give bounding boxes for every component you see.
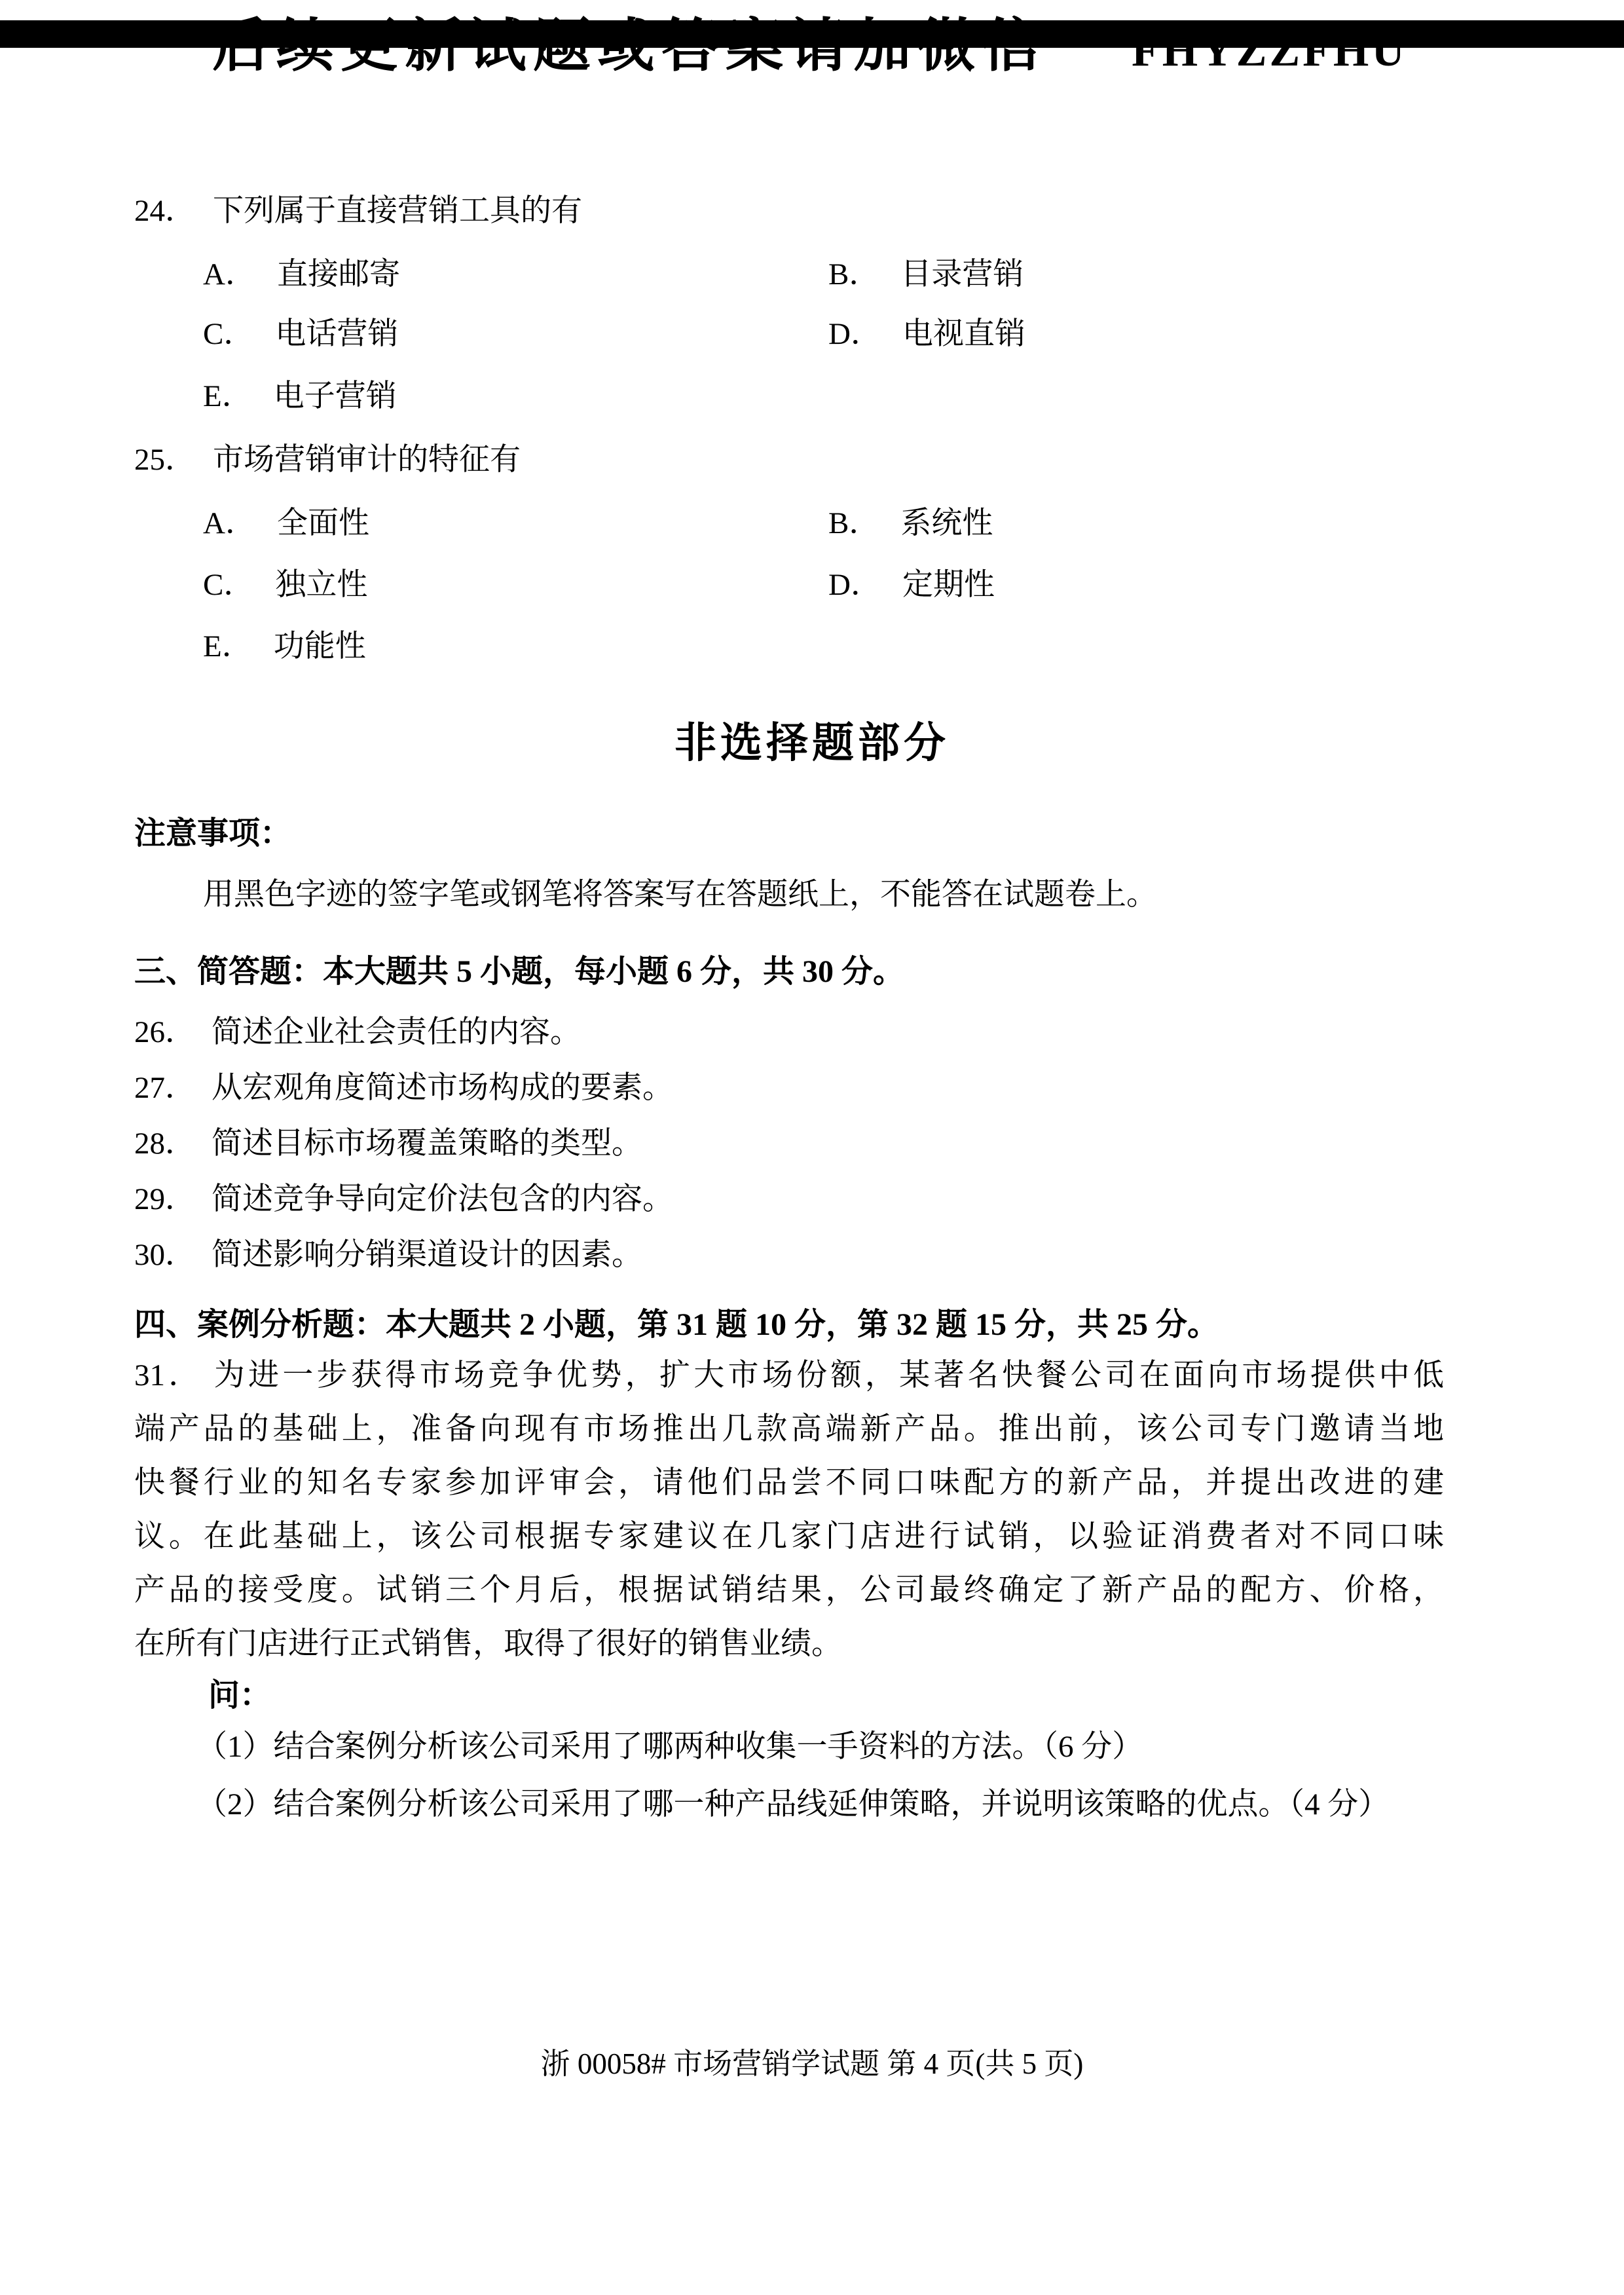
question-24-option-c: C． 电话营销	[203, 316, 398, 352]
question-24-number: 24．	[134, 193, 196, 229]
question-25-option-d: D． 定期性	[828, 567, 995, 603]
option-text: 独立性	[275, 567, 367, 603]
option-text: 电视直销	[902, 316, 1025, 352]
case-paragraph-line-5: 产品的接受度。试销三个月后，根据试销结果，公司最终确定了新产品的配方、价格，	[134, 1573, 1444, 1608]
case-sub-question-2: （2）结合案例分析该公司采用了哪一种产品线延伸策略，并说明该策略的优点。（4 分…	[196, 1787, 1389, 1822]
option-label: C．	[203, 567, 254, 603]
option-text: 系统性	[900, 506, 993, 541]
option-label: D．	[828, 567, 881, 603]
question-25-option-c: C． 独立性	[203, 567, 367, 603]
redaction-bar	[0, 20, 1624, 48]
case-analysis-heading: 四、案例分析题：本大题共 2 小题，第 31 题 10 分，第 32 题 15 …	[134, 1307, 1219, 1343]
item-text: 简述竞争导向定价法包含的内容。	[212, 1182, 673, 1217]
question-25-text: 市场营销审计的特征有	[213, 442, 521, 477]
item-text: 简述目标市场覆盖策略的类型。	[212, 1126, 642, 1161]
question-24-option-a: A． 直接邮寄	[203, 257, 400, 292]
option-text: 功能性	[274, 629, 366, 664]
question-25-number: 25．	[134, 442, 196, 477]
question-24-option-b: B． 目录营销	[828, 257, 1024, 292]
short-answer-item-28: 28． 简述目标市场覆盖策略的类型。	[134, 1126, 642, 1161]
item-number: 29．	[134, 1182, 196, 1217]
question-24-option-d: D． 电视直销	[828, 316, 1025, 352]
question-24: 24． 下列属于直接营销工具的有	[134, 193, 582, 229]
option-text: 全面性	[277, 506, 369, 541]
short-answer-item-30: 30． 简述影响分销渠道设计的因素。	[134, 1237, 642, 1273]
case-prompt: 问：	[208, 1678, 271, 1713]
page-footer: 浙 00058# 市场营销学试题 第 4 页(共 5 页)	[0, 2047, 1624, 2080]
option-text: 电话营销	[275, 316, 398, 352]
case-paragraph-line-6: 在所有门店进行正式销售，取得了很好的销售业绩。	[134, 1626, 1444, 1662]
option-label: C．	[203, 316, 254, 352]
option-label: E．	[203, 629, 253, 664]
question-25: 25． 市场营销审计的特征有	[134, 442, 521, 477]
option-text: 直接邮寄	[277, 257, 400, 292]
short-answer-item-27: 27． 从宏观角度简述市场构成的要素。	[134, 1070, 673, 1106]
case-paragraph-line-1: 31． 为进一步获得市场竞争优势，扩大市场份额，某著名快餐公司在面向市场提供中低	[134, 1358, 1444, 1393]
case-sub-question-1: （1）结合案例分析该公司采用了哪两种收集一手资料的方法。（6 分）	[196, 1729, 1143, 1764]
notice-label: 注意事项：	[134, 816, 291, 851]
option-label: B．	[828, 257, 879, 292]
short-answer-item-26: 26． 简述企业社会责任的内容。	[134, 1015, 581, 1050]
option-text: 定期性	[902, 567, 995, 603]
question-25-option-b: B． 系统性	[828, 506, 993, 541]
case-paragraph-line-4: 议。在此基础上，该公司根据专家建议在几家门店进行试销，以验证消费者对不同口味	[134, 1519, 1444, 1554]
short-answer-item-29: 29． 简述竞争导向定价法包含的内容。	[134, 1182, 673, 1217]
option-text: 目录营销	[900, 257, 1024, 292]
item-text: 从宏观角度简述市场构成的要素。	[212, 1070, 673, 1106]
option-label: A．	[203, 506, 256, 541]
item-text: 简述影响分销渠道设计的因素。	[212, 1237, 642, 1273]
section-title: 非选择题部分	[0, 720, 1624, 765]
short-answer-heading: 三、简答题：本大题共 5 小题，每小题 6 分，共 30 分。	[134, 954, 904, 990]
option-label: E．	[203, 379, 253, 414]
option-label: B．	[828, 506, 879, 541]
question-24-text: 下列属于直接营销工具的有	[213, 193, 582, 229]
notice-text: 用黑色字迹的签字笔或钢笔将答案写在答题纸上，不能答在试题卷上。	[203, 877, 1157, 912]
option-label: A．	[203, 257, 256, 292]
item-number: 27．	[134, 1070, 196, 1106]
item-number: 26．	[134, 1015, 196, 1050]
question-24-option-e: E． 电子营销	[203, 379, 397, 414]
item-number: 28．	[134, 1126, 196, 1161]
question-25-option-a: A． 全面性	[203, 506, 369, 541]
item-text: 简述企业社会责任的内容。	[212, 1015, 581, 1050]
case-paragraph-line-2: 端产品的基础上，准备向现有市场推出几款高端新产品。推出前，该公司专门邀请当地	[134, 1411, 1444, 1447]
question-25-option-e: E． 功能性	[203, 629, 366, 664]
option-label: D．	[828, 316, 881, 352]
exam-page: 后续更新试题或答案请加微信FHYZZFHU 24． 下列属于直接营销工具的有 A…	[0, 0, 1624, 2295]
item-number: 30．	[134, 1237, 196, 1273]
case-paragraph-line-3: 快餐行业的知名专家参加评审会，请他们品尝不同口味配方的新产品，并提出改进的建	[134, 1465, 1444, 1501]
option-text: 电子营销	[274, 379, 397, 414]
